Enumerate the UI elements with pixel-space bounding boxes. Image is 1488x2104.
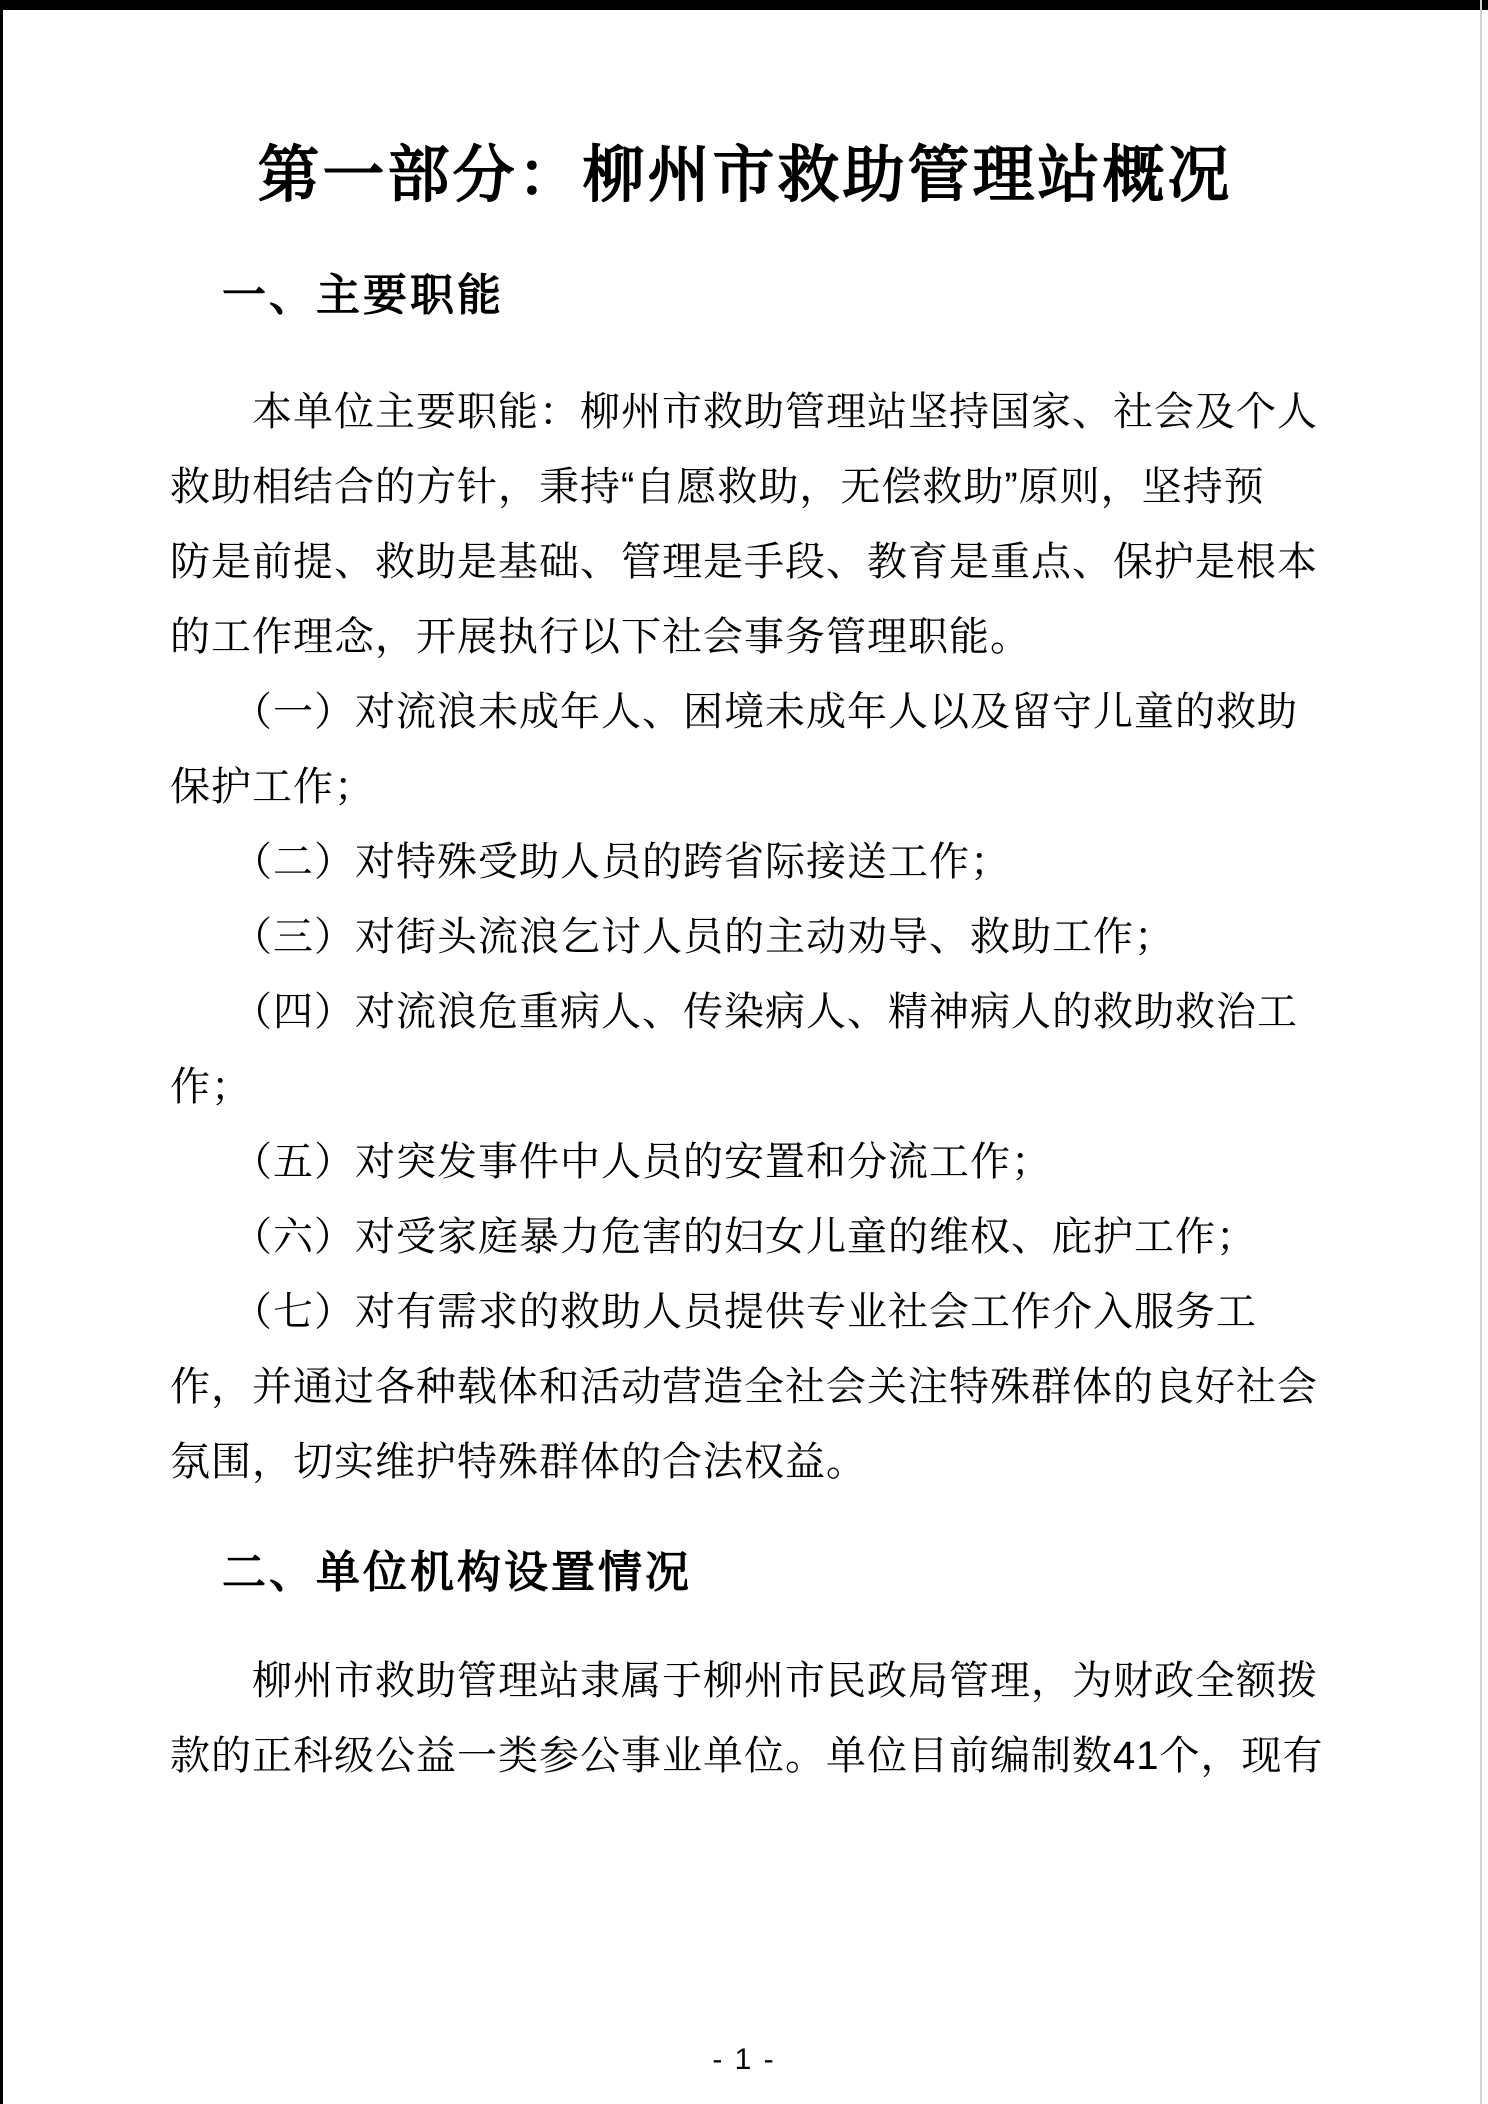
paragraph-line: （一）对流浪未成年人、困境未成年人以及留守儿童的救助 [170,675,1320,750]
paragraph-line: （五）对突发事件中人员的安置和分流工作； [170,1125,1320,1200]
paragraph-line: 的工作理念，开展执行以下社会事务管理职能。 [170,600,1320,675]
paragraph-line: 保护工作； [170,750,1320,825]
paragraph-line: （七）对有需求的救助人员提供专业社会工作介入服务工 [170,1275,1320,1350]
section-heading: 二、单位机构设置情况 [222,1550,1320,1596]
paragraph-line: 款的正科级公益一类参公事业单位。单位目前编制数41个，现有 [170,1719,1320,1794]
paragraph-line: （二）对特殊受助人员的跨省际接送工作； [170,825,1320,900]
paragraph-line: 氛围，切实维护特殊群体的合法权益。 [170,1425,1320,1500]
paragraph-line: 柳州市救助管理站隶属于柳州市民政局管理，为财政全额拨 [170,1644,1320,1719]
document-section: 二、单位机构设置情况 柳州市救助管理站隶属于柳州市民政局管理，为财政全额拨 款的… [170,1550,1320,1794]
paragraph-line: （四）对流浪危重病人、传染病人、精神病人的救助救治工 [170,975,1320,1050]
paragraph-line: 防是前提、救助是基础、管理是手段、教育是重点、保护是根本 [170,525,1320,600]
paragraph-line: （六）对受家庭暴力危害的妇女儿童的维权、庇护工作； [170,1200,1320,1275]
section-body: 柳州市救助管理站隶属于柳州市民政局管理，为财政全额拨 款的正科级公益一类参公事业… [170,1644,1320,1794]
section-body: 本单位主要职能：柳州市救助管理站坚持国家、社会及个人 救助相结合的方针，秉持“自… [170,375,1320,1500]
paragraph-line: 作； [170,1050,1320,1125]
section-heading: 一、主要职能 [222,273,1320,319]
document-content: 第一部分：柳州市救助管理站概况 一、主要职能 本单位主要职能：柳州市救助管理站坚… [170,140,1320,1794]
document-section: 一、主要职能 本单位主要职能：柳州市救助管理站坚持国家、社会及个人 救助相结合的… [170,273,1320,1500]
paragraph-line: 本单位主要职能：柳州市救助管理站坚持国家、社会及个人 [170,375,1320,450]
page-number: - 1 - [0,2042,1488,2078]
paragraph-line: （三）对街头流浪乞讨人员的主动劝导、救助工作； [170,900,1320,975]
paragraph-line: 作，并通过各种载体和活动营造全社会关注特殊群体的良好社会 [170,1350,1320,1425]
scan-edge-top [0,0,1488,10]
scan-edge-right [1480,0,1482,2104]
paragraph-line: 救助相结合的方针，秉持“自愿救助，无偿救助”原则，坚持预 [170,450,1320,525]
document-title: 第一部分：柳州市救助管理站概况 [170,140,1320,212]
scan-edge-left [0,0,3,2104]
document-sections: 一、主要职能 本单位主要职能：柳州市救助管理站坚持国家、社会及个人 救助相结合的… [170,273,1320,1794]
